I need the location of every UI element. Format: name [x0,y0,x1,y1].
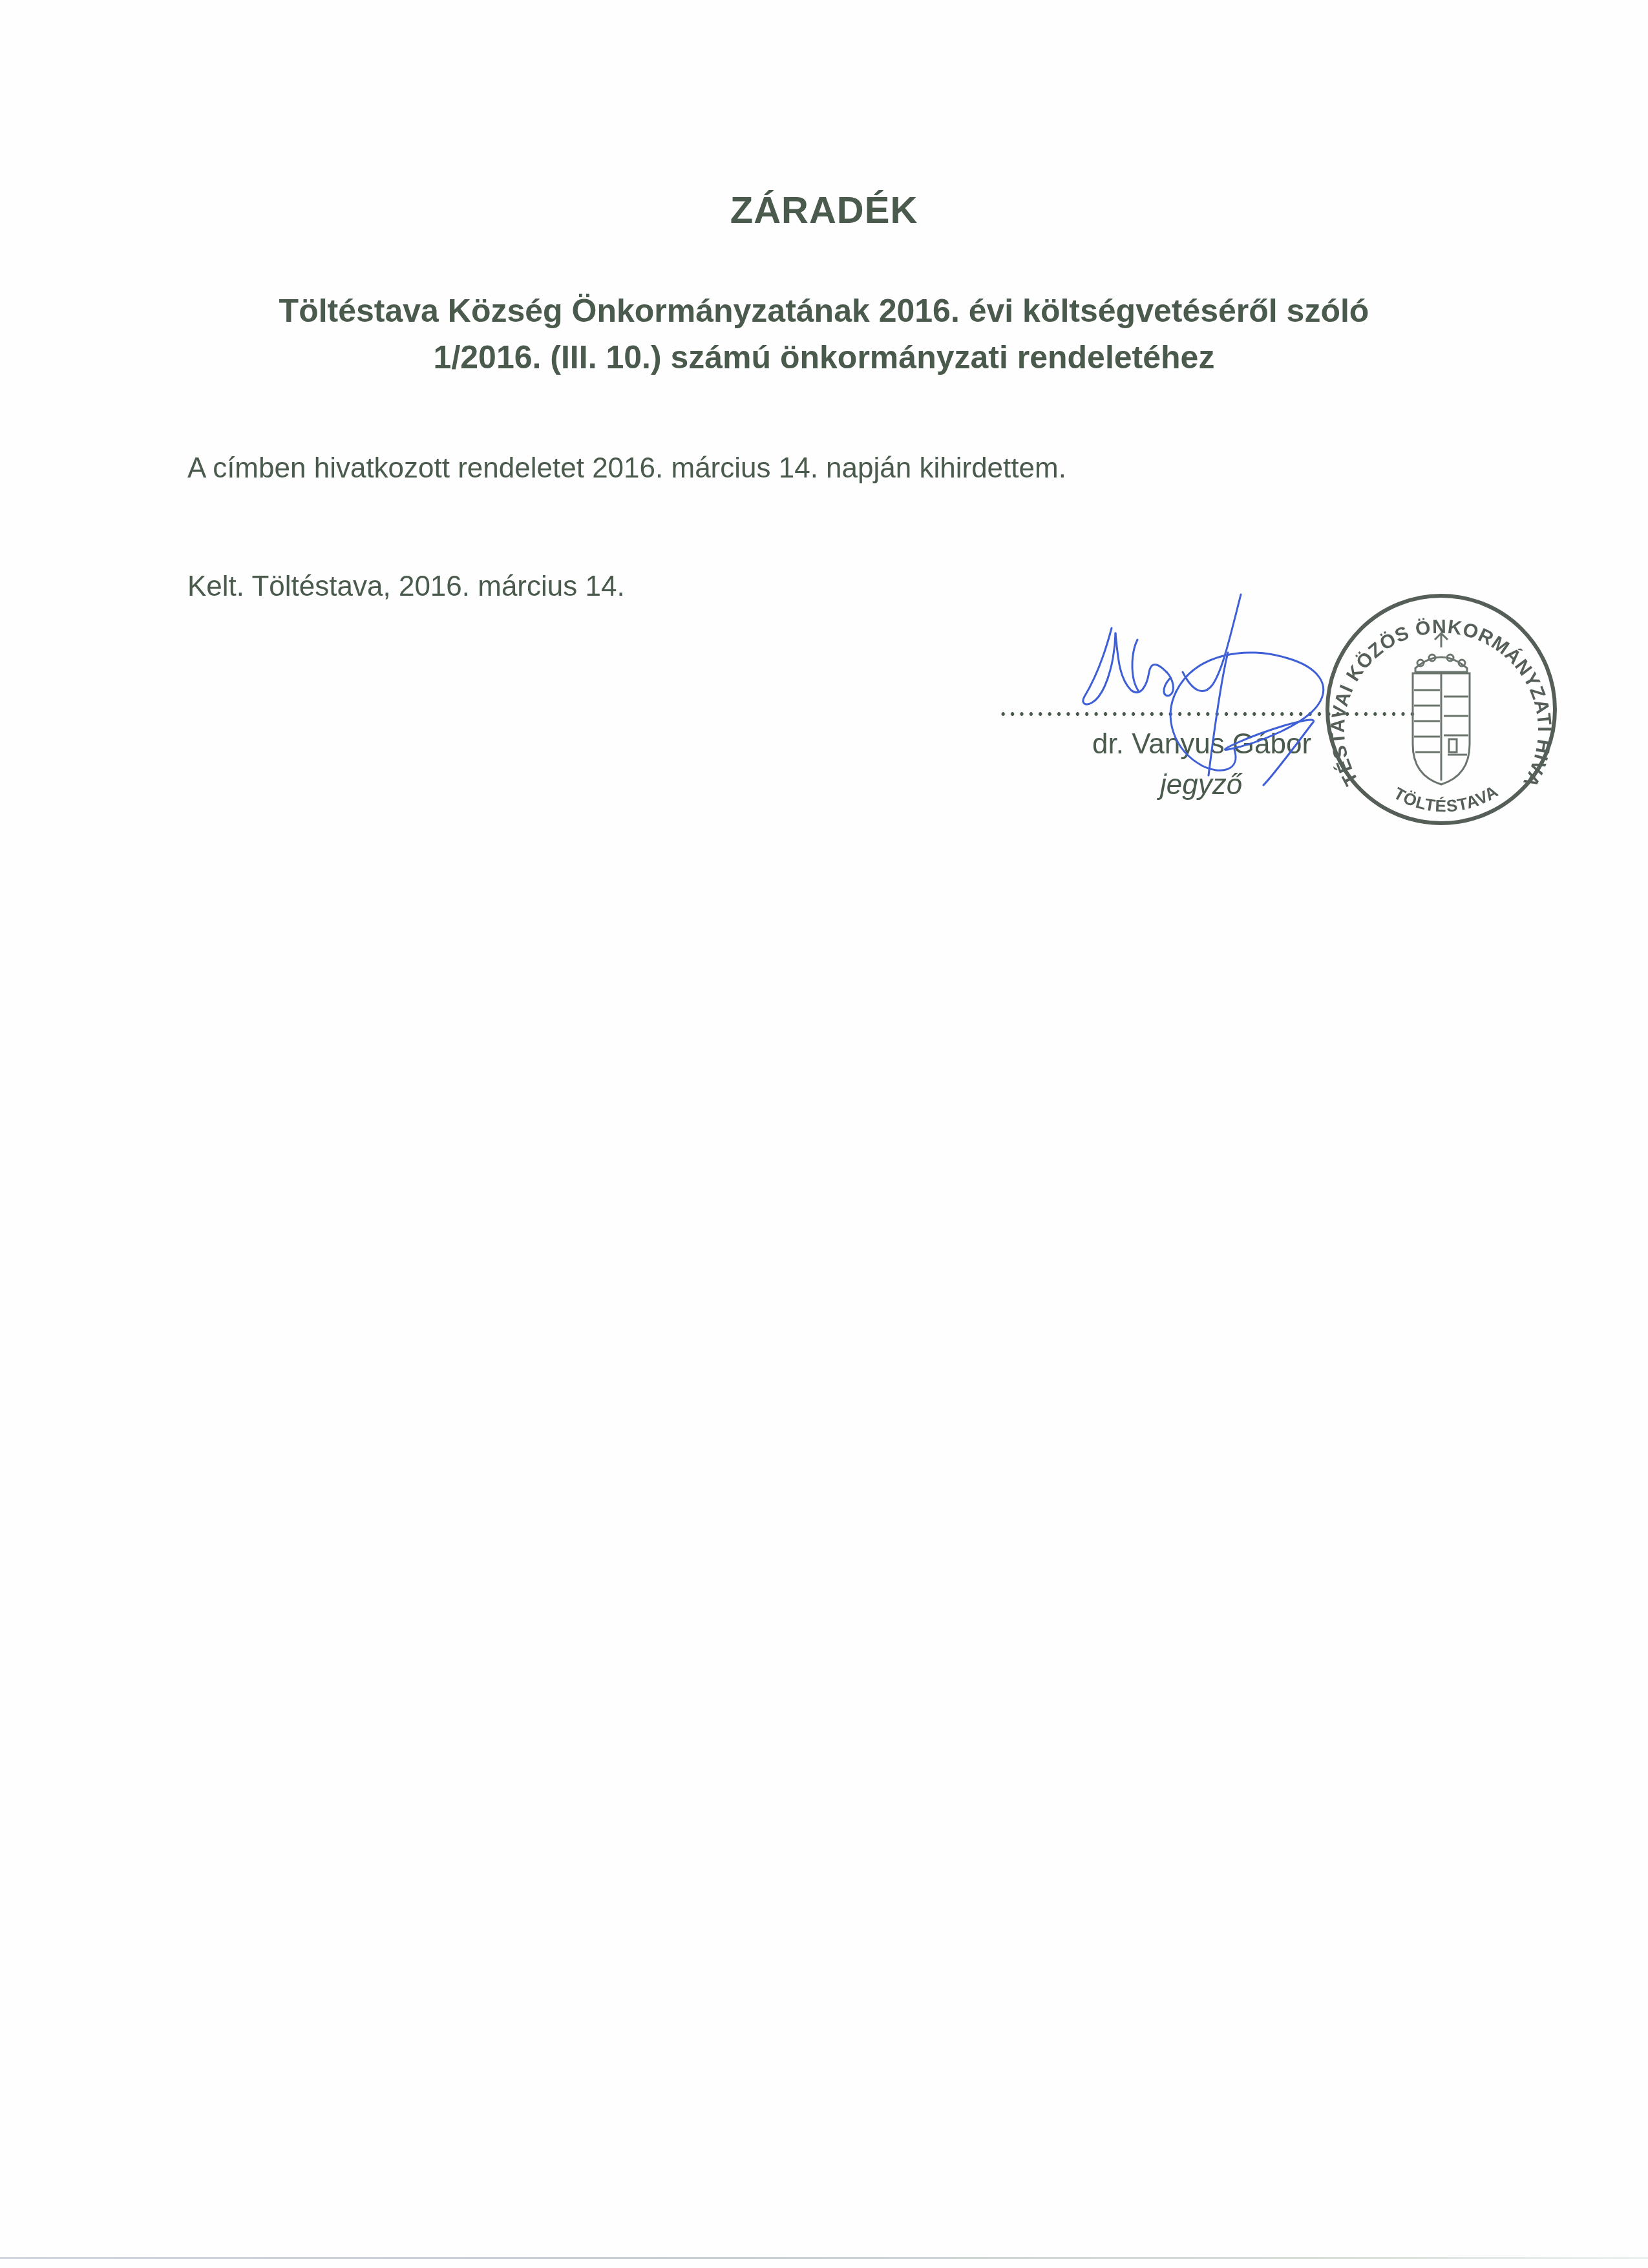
coat-of-arms-icon [1413,633,1470,784]
document-page: ZÁRADÉK Töltéstava Község Önkormányzatán… [0,0,1648,2268]
announcement-text: A címben hivatkozott rendeletet 2016. má… [187,452,1066,485]
stamp-outer-text: TÖLTÉSTAVAI KÖZÖS ÖNKORMÁNYZATI HIVATAL [1318,587,1555,790]
document-subtitle: Töltéstava Község Önkormányzatának 2016.… [0,288,1648,381]
subtitle-line-1: Töltéstava Község Önkormányzatának 2016.… [0,288,1648,334]
signer-name: dr. Vanyus Gábor [1092,728,1311,761]
svg-text:TÖLTÉSTAVA: TÖLTÉSTAVA [1390,781,1501,816]
svg-text:TÖLTÉSTAVAI KÖZÖS ÖNKORMÁNYZAT: TÖLTÉSTAVAI KÖZÖS ÖNKORMÁNYZATI HIVATAL [1318,587,1555,790]
signer-role: jegyző [1160,769,1242,801]
official-stamp-icon: TÖLTÉSTAVAI KÖZÖS ÖNKORMÁNYZATI HIVATAL … [1318,587,1564,832]
place-and-date: Kelt. Töltéstava, 2016. március 14. [187,571,625,603]
subtitle-line-2: 1/2016. (III. 10.) számú önkormányzati r… [0,334,1648,381]
stamp-bottom-text: TÖLTÉSTAVA [1390,781,1501,816]
document-title: ZÁRADÉK [0,189,1648,232]
scan-edge-line [0,2257,1648,2259]
